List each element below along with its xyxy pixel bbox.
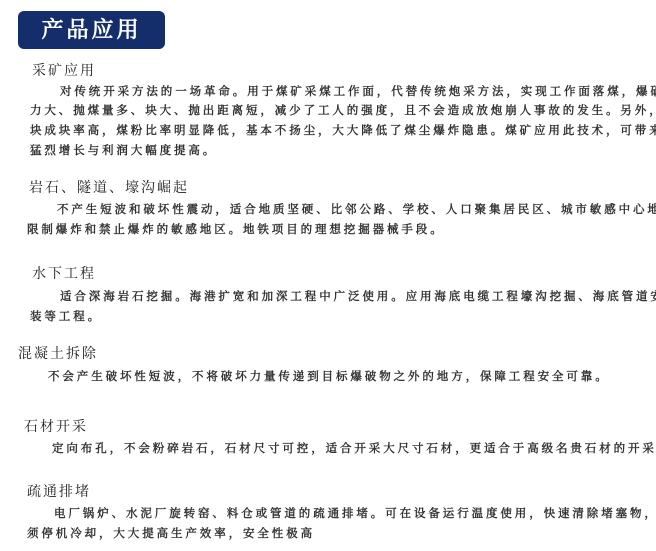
underwater-line-2: 装等工程。: [30, 309, 102, 323]
heading-mining: 采矿应用: [32, 63, 96, 79]
unclogging-line-2: 须停机冷却，大大提高生产效率，安全性极高: [27, 526, 315, 540]
heading-rock-tunnel: 岩石、隧道、壕沟崛起: [29, 180, 189, 196]
heading-stone-quarrying: 石材开采: [24, 419, 88, 435]
banner-title: 产品应用: [41, 19, 141, 41]
unclogging-line-1: 电厂锅炉、水泥厂旋转窑、料仓或管道的疏通排堵。可在设备运行温度使用，快速清除堵塞…: [54, 506, 656, 520]
stone-line-1: 定向布孔，不会粉碎岩石，石材尺寸可控，适合开采大尺寸石材，更适合于高级名贵石材的…: [52, 441, 656, 455]
mining-line-3: 块成块率高，煤粉比率明显降低，基本不扬尘，大大降低了煤尘爆炸隐患。煤矿应用此技术…: [30, 123, 656, 137]
heading-concrete-demolition: 混凝土拆除: [18, 346, 98, 362]
heading-underwater: 水下工程: [32, 266, 96, 282]
concrete-line-1: 不会产生破坏性短波，不将破坏力量传递到目标爆破物之外的地方，保障工程安全可靠。: [48, 369, 610, 383]
rock-tunnel-line-1: 不产生短波和破坏性震动，适合地质坚硬、比邻公路、学校、人口聚集居民区、城市敏感中…: [57, 202, 656, 216]
mining-line-2: 力大、抛煤量多、块大、抛出距离短，减少了工人的强度，且不会造成放炮崩人事故的发生…: [30, 103, 656, 117]
rock-tunnel-line-2: 限制爆炸和禁止爆炸的敏感地区。地铁项目的理想挖掘器械手段。: [27, 222, 445, 236]
heading-unclogging: 疏通排堵: [27, 484, 91, 500]
underwater-line-1: 适合深海岩石挖掘。海港扩宽和加深工程中广泛使用。应用海底电缆工程壕沟挖掘、海底管…: [60, 289, 656, 303]
mining-line-4: 猛烈增长与利润大幅度提高。: [30, 143, 217, 157]
mining-line-1: 对传统开采方法的一场革命。用于煤矿采煤工作面，代替传统炮采方法，实现工作面落煤，…: [60, 84, 656, 98]
section-banner: 产品应用: [18, 11, 165, 49]
